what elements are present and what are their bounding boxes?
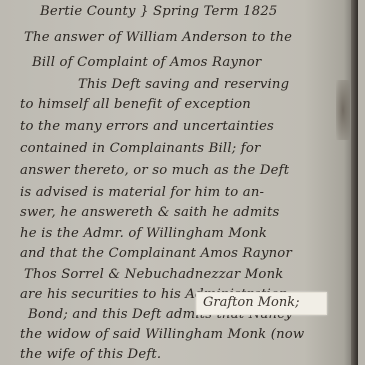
text-line-10: he is the Admr. of Willingham Monk [20,226,267,241]
ink-stain [336,80,350,140]
document-page: Bertie County } Spring Term 1825 The ans… [0,0,358,365]
text-line-5: to the many errors and uncertainties [20,119,274,134]
text-line-16: the wife of this Deft. [20,347,161,362]
text-line-7: answer thereto, or so much as the Deft [20,163,289,178]
text-line-12: Thos Sorrel & Nebuchadnezzar Monk [24,267,283,282]
page-binding-shadow [351,0,358,365]
text-line-9: swer, he answereth & saith he admits [20,205,279,220]
text-line-4: to himself all benefit of exception [20,97,251,112]
text-line-8: is advised is material for him to an- [20,185,264,200]
text-line-1: The answer of William Anderson to the [24,30,292,45]
highlighted-name: Grafton Monk; [203,295,299,310]
header-line: Bertie County } Spring Term 1825 [40,4,278,19]
text-line-11: and that the Complainant Amos Raynor [20,246,292,261]
text-line-6: contained in Complainants Bill; for [20,141,261,156]
text-line-3: This Deft saving and reserving [78,77,289,92]
text-line-15: the widow of said Willingham Monk (now [20,327,304,342]
text-line-2: Bill of Complaint of Amos Raynor [32,55,261,70]
